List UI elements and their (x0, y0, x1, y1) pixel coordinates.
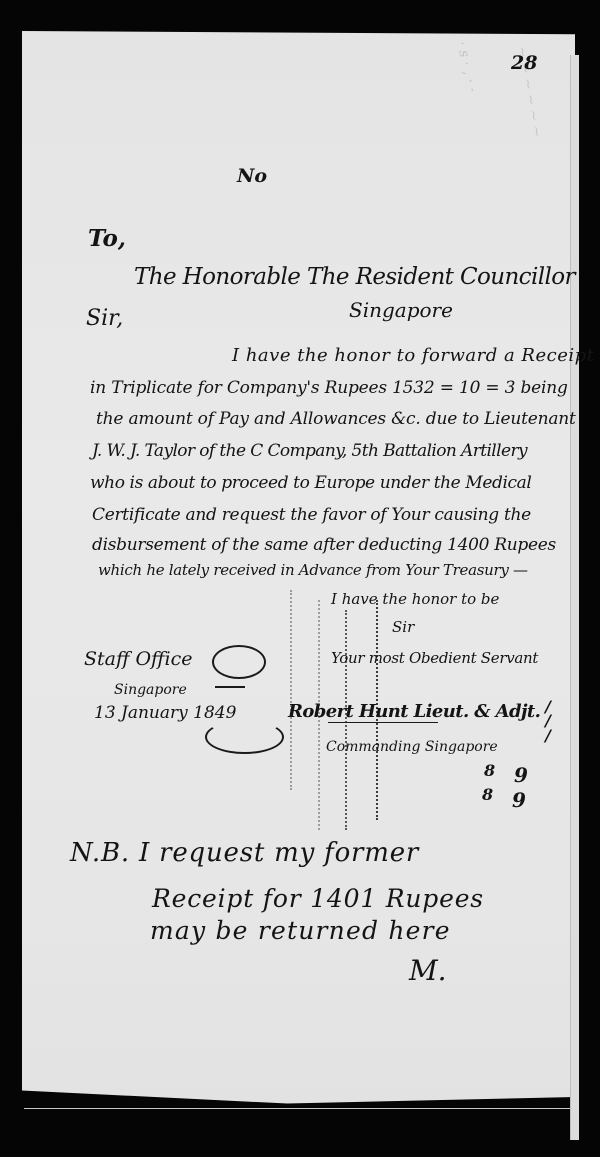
marginal-tick-marks: / / / (545, 700, 557, 743)
marginal-figure: 8 (482, 787, 493, 803)
signature-title: Commanding Singapore (326, 740, 498, 754)
seal-flourish (205, 720, 284, 754)
signature: Robert Hunt Lieut. & Adjt. (288, 703, 540, 721)
seal-flourish (212, 645, 266, 679)
addressee-place: Singapore (349, 300, 453, 320)
page-edge (570, 55, 579, 1140)
salutation-to: To, (88, 227, 126, 250)
body-line: I have the honor to forward a Receipt (232, 347, 594, 365)
body-line: who is about to proceed to Europe under … (90, 475, 531, 492)
date: 13 January 1849 (94, 705, 236, 722)
body-line: in Triplicate for Company's Rupees 1532 … (90, 380, 568, 397)
body-line: J. W. J. Taylor of the C Company, 5th Ba… (92, 443, 527, 460)
postscript-line: N.B. I request my former (70, 840, 419, 866)
dash-mark (215, 686, 245, 688)
marginal-figure: 8 (484, 763, 495, 779)
body-line: Certificate and request the favor of You… (92, 507, 531, 524)
closing-line: I have the honor to be (331, 592, 499, 607)
postscript-initials: M. (409, 957, 447, 985)
page-number: 28 (511, 54, 537, 73)
addressee: The Honorable The Resident Councillor (134, 266, 575, 289)
fold-line (24, 1108, 572, 1109)
body-line: the amount of Pay and Allowances &c. due… (96, 411, 576, 428)
body-line: disbursement of the same after deducting… (92, 537, 556, 554)
closing-line: Sir (392, 620, 414, 635)
greeting: Sir, (86, 308, 123, 330)
marginal-figure: 9 (514, 765, 528, 785)
closing-line: Your most Obedient Servant (331, 651, 538, 666)
marginal-figure: 9 (512, 790, 526, 810)
sender-place: Singapore (114, 683, 187, 697)
body-line: which he lately received in Advance from… (98, 563, 528, 578)
postscript-line: may be returned here (150, 918, 451, 943)
bleed-through-mark (290, 590, 292, 790)
sender-office: Staff Office (84, 650, 192, 669)
number-mark: No (237, 167, 267, 186)
signature-underline (328, 722, 438, 723)
postscript-line: Receipt for 1401 Rupees (152, 886, 484, 911)
